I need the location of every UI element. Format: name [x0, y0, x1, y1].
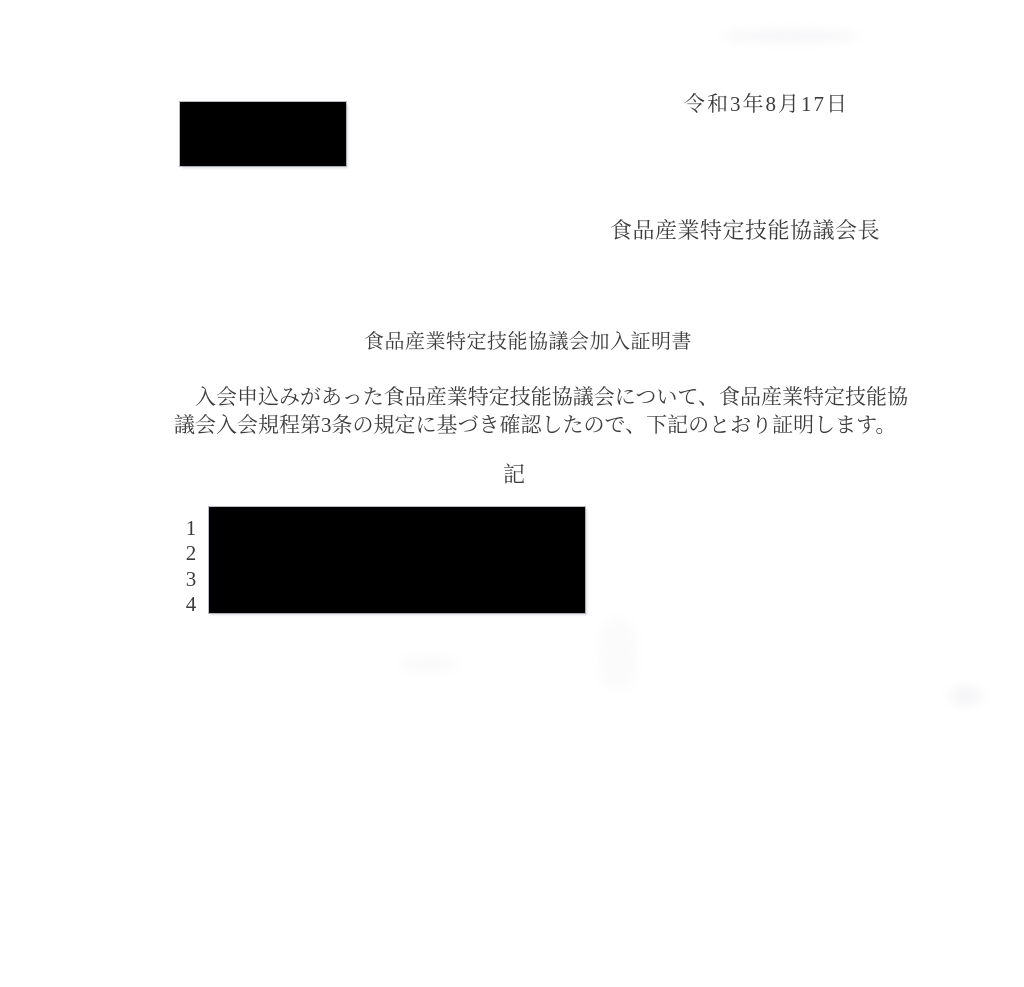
issuer-text: 食品産業特定技能協議会長	[610, 218, 880, 244]
item-number-1: 1	[183, 516, 199, 541]
redaction-box-addressee	[180, 102, 346, 166]
redaction-box-member-details	[209, 507, 585, 613]
item-number-4: 4	[183, 592, 199, 617]
scanned-certificate-page: 令和3年8月17日 食品産業特定技能協議会長 食品産業特定技能協議会加入証明書 …	[0, 0, 1024, 987]
body-text-line-1: 入会申込みがあった食品産業特定技能協議会について、食品産業特定技能協	[174, 385, 908, 410]
document-title: 食品産業特定技能協議会加入証明書	[364, 330, 692, 354]
scan-artifact	[950, 686, 982, 706]
date-text: 令和3年8月17日	[684, 92, 849, 117]
ki-section-marker: 記	[503, 462, 525, 488]
scan-artifact	[598, 618, 638, 690]
item-number-3: 3	[183, 567, 199, 592]
body-text-line-2: 議会入会規程第3条の規定に基づき確認したので、下記のとおり証明します。	[174, 413, 896, 438]
item-number-2: 2	[183, 541, 199, 566]
scan-artifact	[724, 30, 859, 42]
scan-artifact	[400, 656, 460, 672]
item-number-list: 1 2 3 4	[183, 516, 199, 617]
